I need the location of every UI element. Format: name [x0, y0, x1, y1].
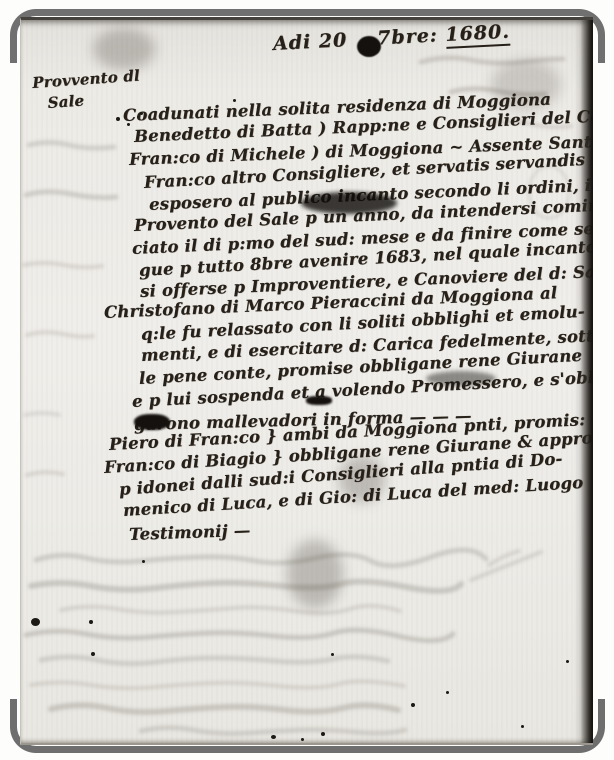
ink-smudge	[426, 371, 496, 386]
ink-speck	[566, 660, 569, 663]
ink-speck	[140, 112, 143, 115]
header-date-day: Adi 20	[272, 29, 347, 55]
ink-speck	[91, 652, 95, 656]
ink-speck	[127, 123, 130, 126]
page-edge-shadow	[581, 20, 593, 743]
paper-stain	[93, 28, 155, 70]
ink-blot	[357, 36, 381, 57]
ink-speck	[271, 735, 276, 739]
header-date: Adi 207bre: 1680.	[272, 21, 510, 55]
header-date-month: 7bre:	[377, 24, 439, 49]
ink-speck	[331, 653, 334, 656]
ink-speck	[446, 691, 449, 694]
ink-speck	[233, 99, 236, 102]
ink-speck	[31, 618, 40, 626]
ink-speck	[116, 117, 120, 121]
manuscript-page: Adi 207bre: 1680. Provvento dl Sale Coad…	[20, 17, 593, 745]
ink-speck	[521, 725, 524, 728]
ink-speck	[89, 620, 93, 624]
ink-speck	[411, 703, 415, 707]
ink-speck	[142, 560, 145, 563]
paper-stain	[287, 540, 343, 608]
ink-smudge	[301, 192, 397, 214]
ink-speck	[321, 732, 325, 736]
ink-blot	[306, 396, 332, 405]
header-date-year: 1680.	[445, 21, 511, 49]
manuscript-line: Testimonij —	[129, 521, 251, 544]
scanned-manuscript-view: Adi 207bre: 1680. Provvento dl Sale Coad…	[0, 0, 614, 760]
ink-blot	[134, 414, 170, 430]
ink-speck	[301, 738, 304, 741]
